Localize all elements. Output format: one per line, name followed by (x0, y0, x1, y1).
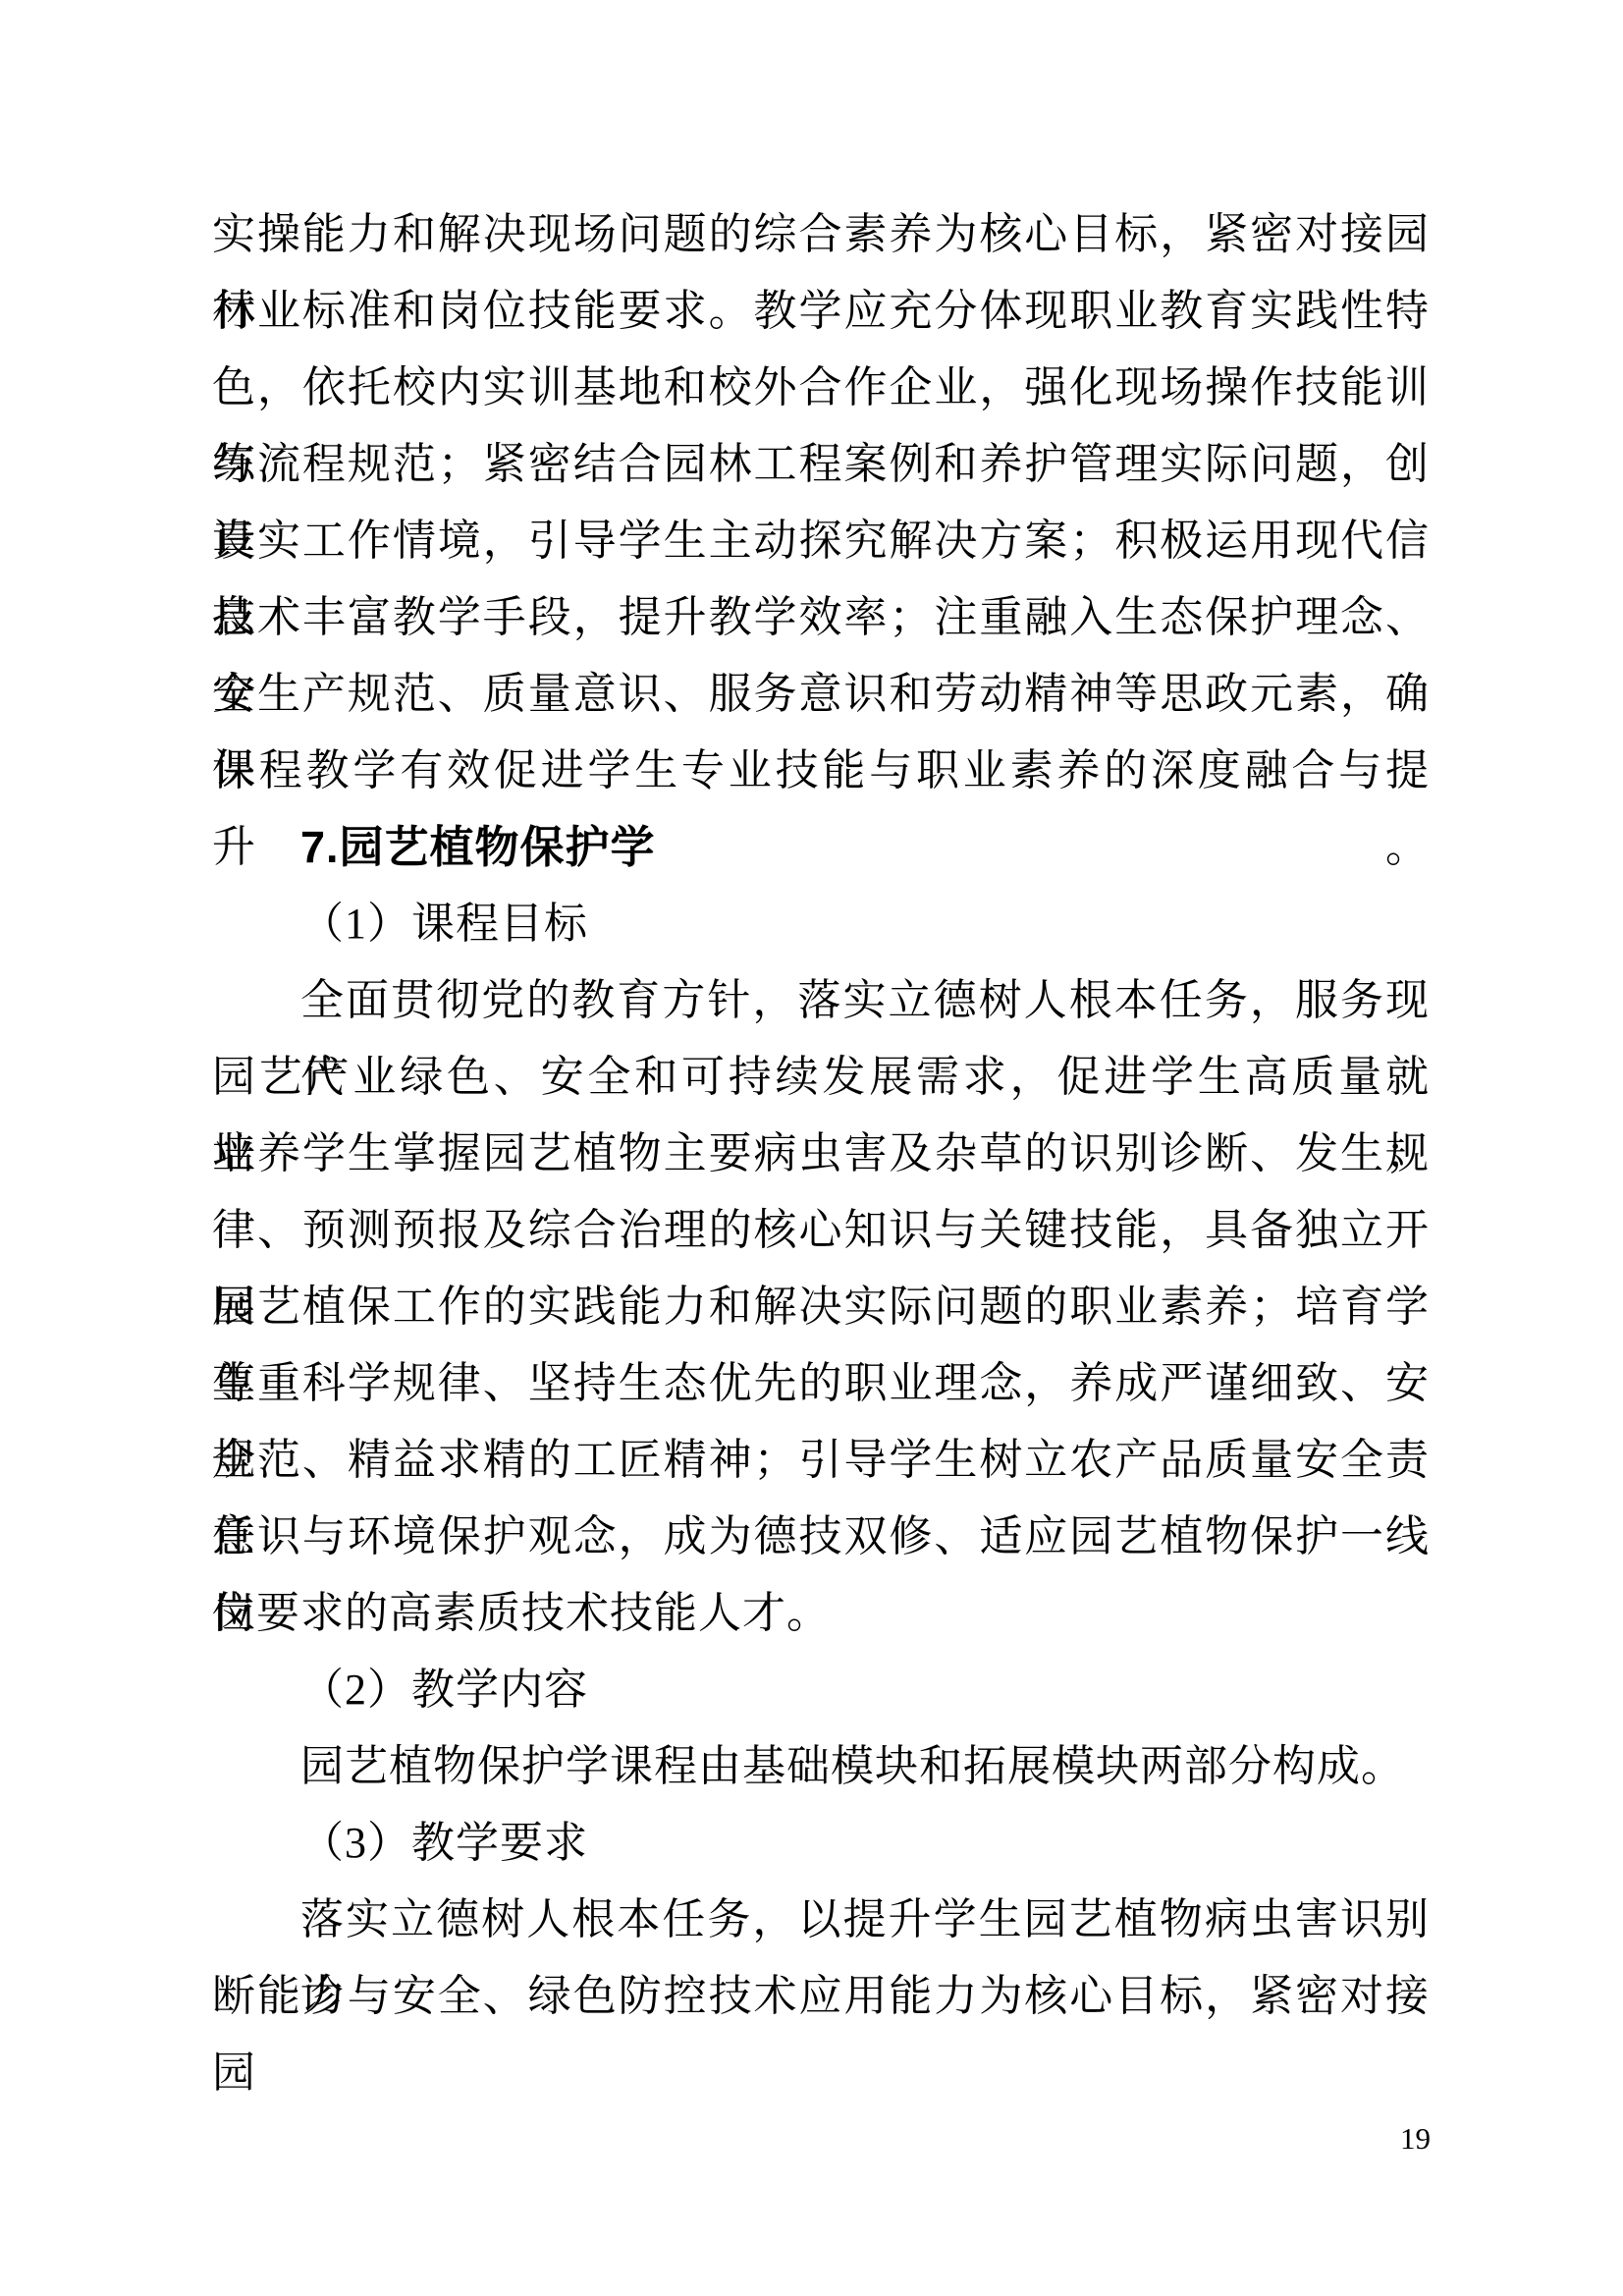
text-line: 行业标准和岗位技能要求。教学应充分体现职业教育实践性特 (212, 273, 1430, 350)
text-line: 色，依托校内实训基地和校外合作企业，强化现场操作技能训练 (212, 350, 1430, 426)
text-line: （2）教学内容 (212, 1652, 1430, 1728)
text-line: 真实工作情境，引导学生主动探究解决方案；积极运用现代信息 (212, 503, 1430, 579)
text-line: 律、预测预报及综合治理的核心知识与关键技能，具备独立开展 (212, 1192, 1430, 1269)
text-line: 断能力与安全、绿色防控技术应用能力为核心目标，紧密对接园 (212, 1958, 1430, 2035)
text-line: 园艺植保工作的实践能力和解决实际问题的职业素养；培育学生 (212, 1269, 1430, 1345)
text-line: 课程教学有效促进学生专业技能与职业素养的深度融合与提升。 (212, 733, 1430, 809)
text-line: 园艺植物保护学课程由基础模块和拓展模块两部分构成。 (212, 1728, 1430, 1805)
text-line: 落实立德树人根本任务，以提升学生园艺植物病虫害识别诊 (212, 1882, 1430, 1958)
text-line: 技术丰富教学手段，提升教学效率；注重融入生态保护理念、安 (212, 579, 1430, 656)
text-line: 全面贯彻党的教育方针，落实立德树人根本任务，服务现代 (212, 962, 1430, 1039)
text-line: 实操能力和解决现场问题的综合素养为核心目标，紧密对接园林 (212, 196, 1430, 273)
text-line: （3）教学要求 (212, 1805, 1430, 1882)
text-line: 培养学生掌握园艺植物主要病虫害及杂草的识别诊断、发生规 (212, 1116, 1430, 1192)
document-page: 实操能力和解决现场问题的综合素养为核心目标，紧密对接园林行业标准和岗位技能要求。… (0, 0, 1623, 2296)
text-line: 规范、精益求精的工匠精神；引导学生树立农产品质量安全责任 (212, 1422, 1430, 1499)
text-line: 园艺产业绿色、安全和可持续发展需求，促进学生高质量就业； (212, 1039, 1430, 1116)
text-line: （1）课程目标 (212, 886, 1430, 962)
page-number: 19 (1400, 2119, 1431, 2159)
text-line: 与流程规范；紧密结合园林工程案例和养护管理实际问题，创设 (212, 426, 1430, 503)
text-line: 全生产规范、质量意识、服务意识和劳动精神等思政元素，确保 (212, 656, 1430, 733)
text-line: 尊重科学规律、坚持生态优先的职业理念，养成严谨细致、安全 (212, 1345, 1430, 1422)
text-line: 位要求的高素质技术技能人才。 (212, 1575, 1430, 1652)
text-line: 意识与环境保护观念，成为德技双修、适应园艺植物保护一线岗 (212, 1499, 1430, 1575)
page-body: 实操能力和解决现场问题的综合素养为核心目标，紧密对接园林行业标准和岗位技能要求。… (212, 196, 1430, 2035)
